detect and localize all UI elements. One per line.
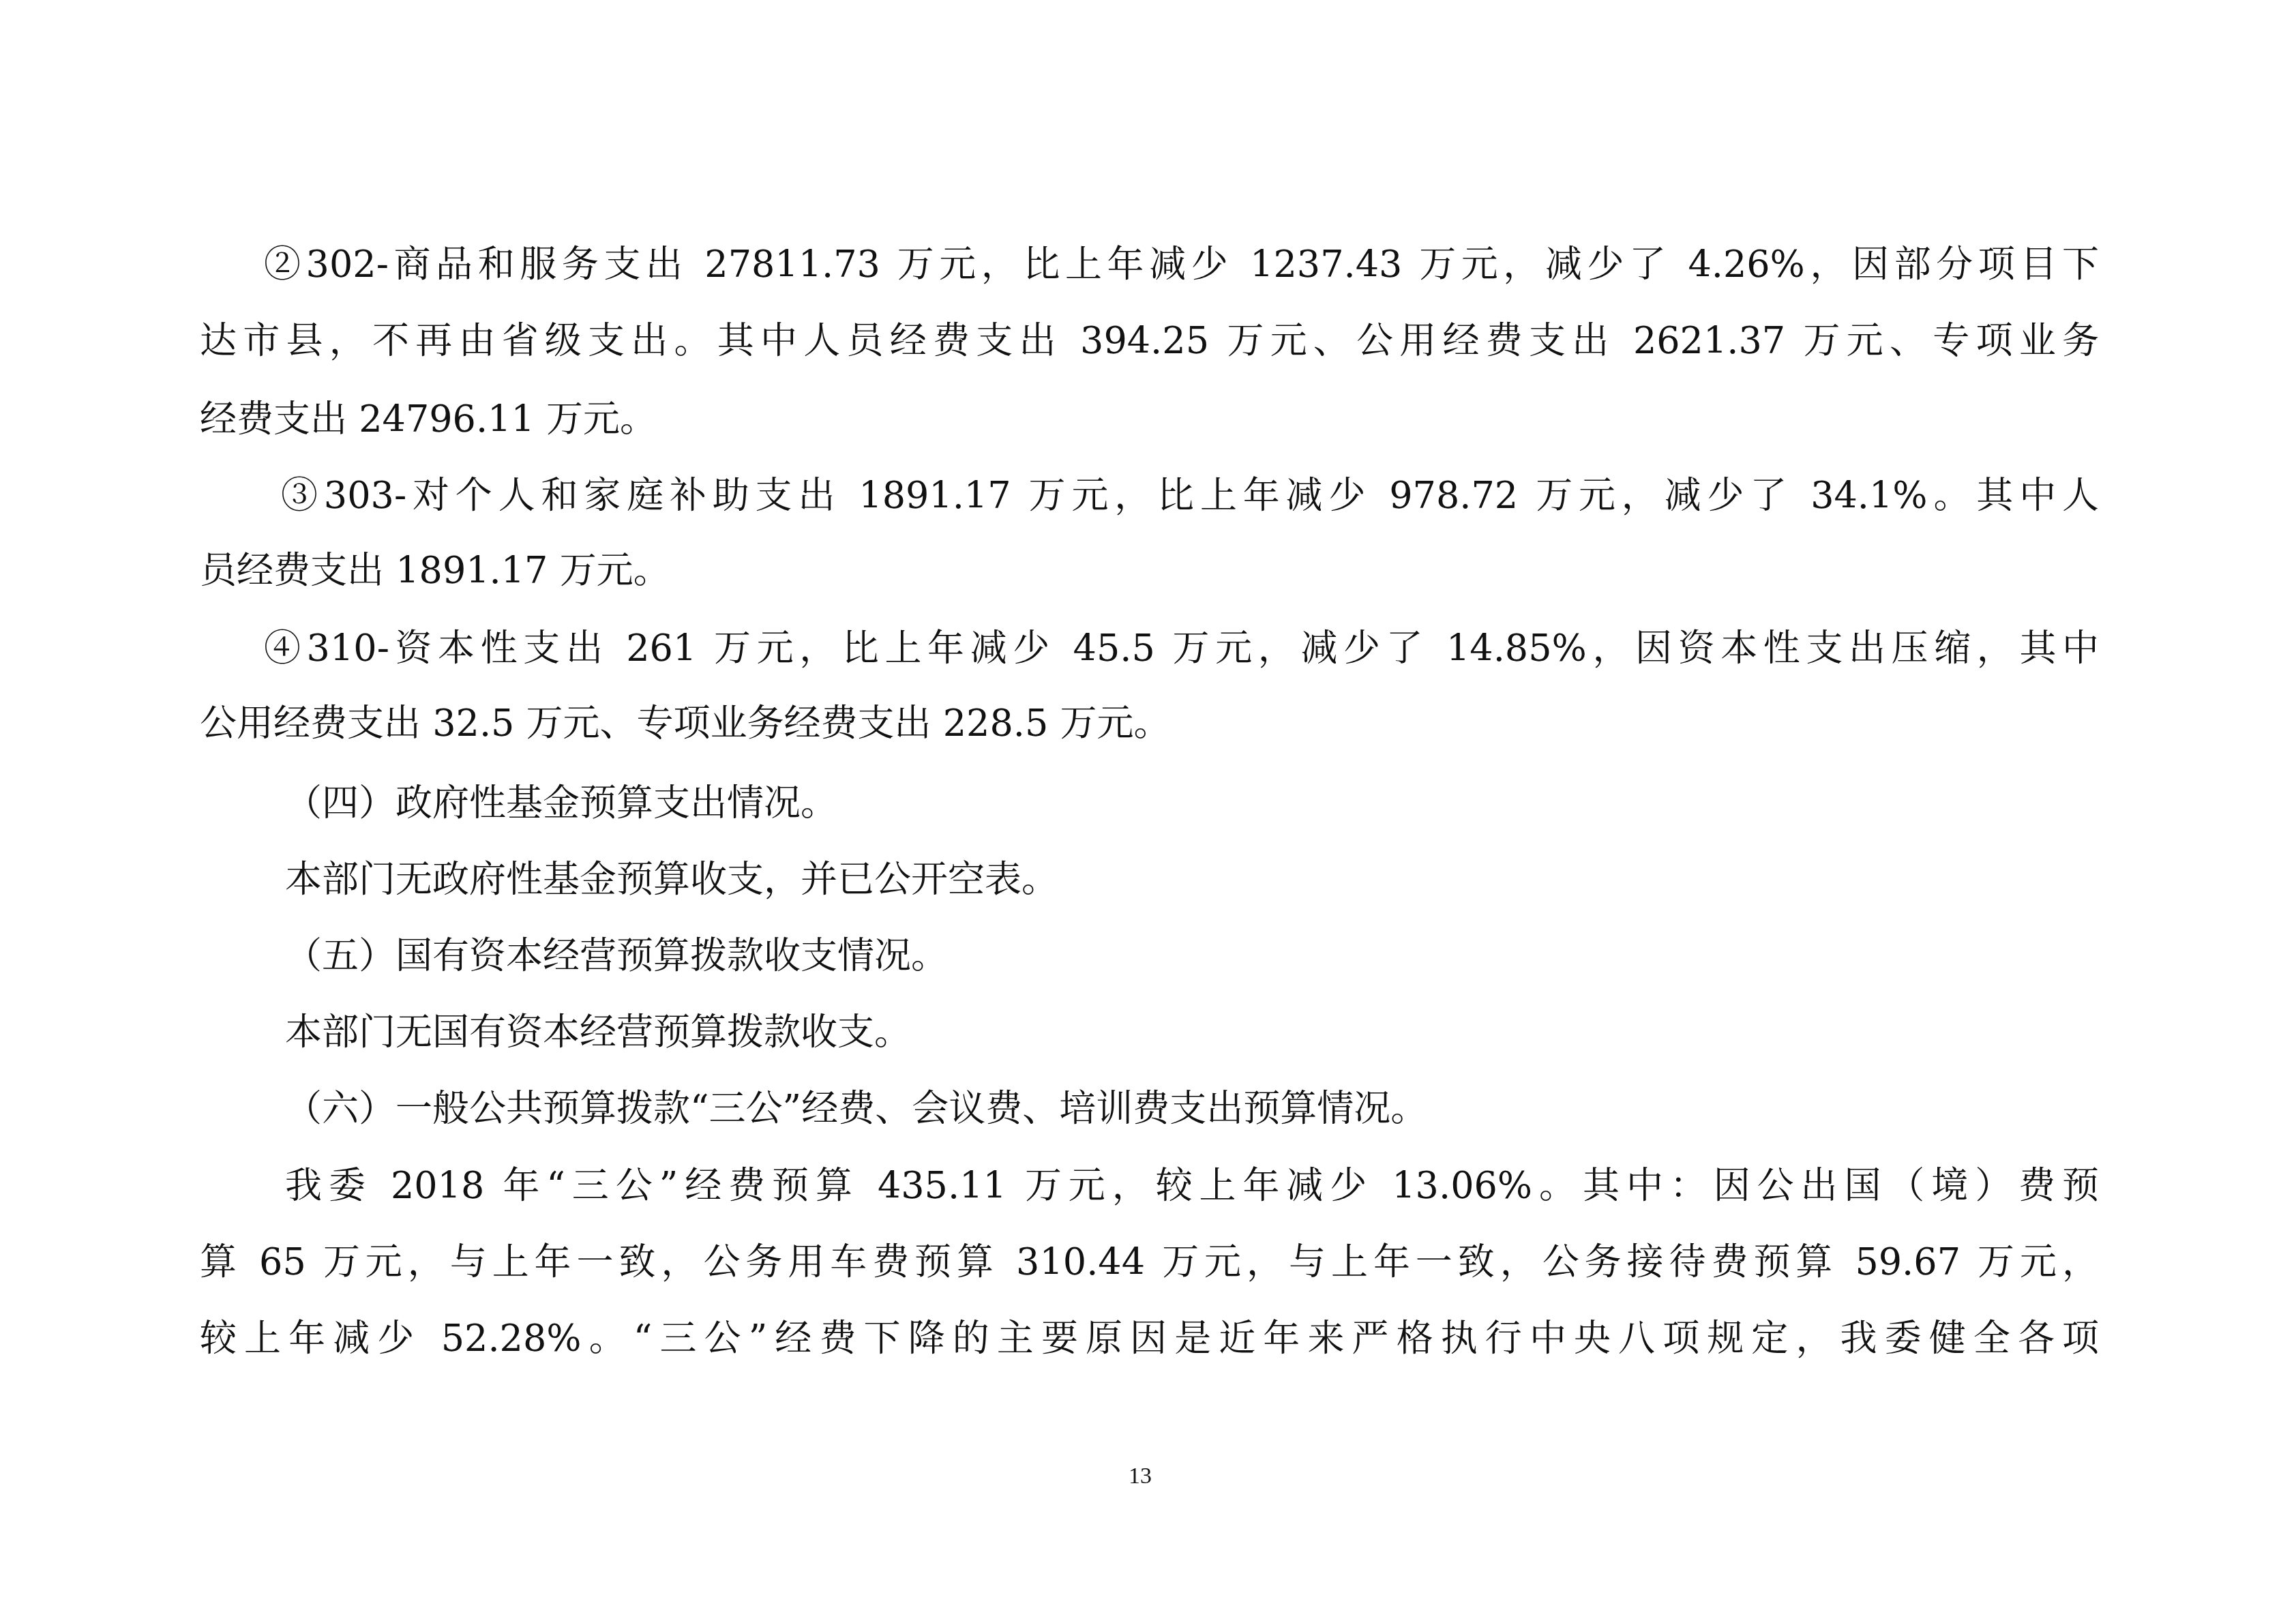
section-5-body: 本部门无国有资本经营预算拨款收支。	[285, 1005, 911, 1060]
section-6-body-line-2: 算 65 万元，与上年一致，公务用车费预算 310.44 万元，与上年一致，公务…	[200, 1235, 2099, 1290]
paragraph-303-line-2: 员经费支出 1891.17 万元。	[200, 544, 670, 598]
document-page: ②302-商品和服务支出 27811.73 万元，比上年减少 1237.43 万…	[0, 0, 2296, 1623]
paragraph-310-line-2: 公用经费支出 32.5 万元、专项业务经费支出 228.5 万元。	[200, 696, 1170, 751]
page-number: 13	[1129, 1463, 1152, 1490]
paragraph-302-line-3: 经费支出 24796.11 万元。	[200, 392, 657, 447]
paragraph-310-line-1: ④310-资本性支出 261 万元，比上年减少 45.5 万元，减少了 14.8…	[264, 621, 2099, 676]
paragraph-303-line-1: ③303-对个人和家庭补助支出 1891.17 万元，比上年减少 978.72 …	[281, 468, 2099, 523]
section-4-body: 本部门无政府性基金预算收支，并已公开空表。	[285, 852, 1058, 907]
paragraph-302-line-2: 达市县，不再由省级支出。其中人员经费支出 394.25 万元、公用经费支出 26…	[200, 314, 2099, 368]
section-6-heading: （六）一般公共预算拨款“三公”经费、会议费、培训费支出预算情况。	[285, 1082, 1427, 1136]
section-6-body-line-3: 较上年减少 52.28%。“三公”经费下降的主要原因是近年来严格执行中央八项规定…	[200, 1311, 2099, 1366]
section-5-heading: （五）国有资本经营预算拨款收支情况。	[285, 929, 948, 983]
section-6-body-line-1: 我委 2018 年“三公”经费预算 435.11 万元，较上年减少 13.06%…	[285, 1159, 2099, 1213]
paragraph-302-line-1: ②302-商品和服务支出 27811.73 万元，比上年减少 1237.43 万…	[264, 237, 2099, 292]
section-4-heading: （四）政府性基金预算支出情况。	[285, 776, 837, 831]
